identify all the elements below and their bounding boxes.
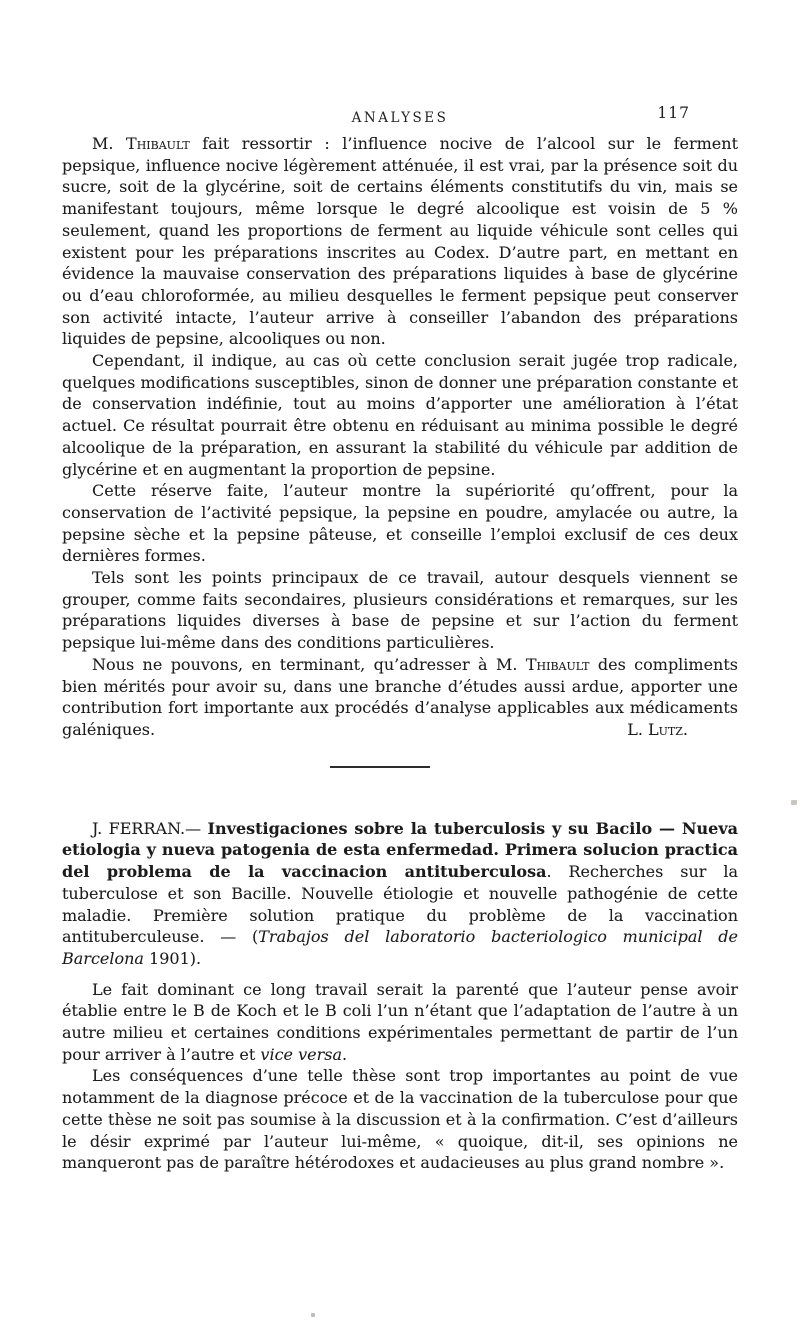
text-segment: Le fait dominant ce long travail serait … bbox=[62, 980, 738, 1064]
article-ferran: J. FERRAN.— Investigaciones sobre la tub… bbox=[62, 818, 738, 1174]
page-number: 117 bbox=[657, 104, 690, 122]
paragraph: Le fait dominant ce long travail serait … bbox=[62, 979, 738, 1066]
text-segment: Cette réserve faite, l’auteur montre la … bbox=[62, 481, 738, 565]
text-segment: Thibault bbox=[126, 134, 190, 153]
paragraph: Les conséquences d’une telle thèse sont … bbox=[62, 1065, 738, 1174]
section-separator-rule bbox=[330, 766, 430, 768]
text-segment: Thibault bbox=[526, 655, 590, 674]
paragraph: Tels sont les points principaux de ce tr… bbox=[62, 567, 738, 654]
article-heading: J. FERRAN.— Investigaciones sobre la tub… bbox=[62, 818, 738, 970]
text-segment: Les conséquences d’une telle thèse sont … bbox=[62, 1066, 738, 1172]
text-segment: Nous ne pouvons, en terminant, qu’adress… bbox=[92, 655, 526, 674]
text-segment: L. Lutz. bbox=[597, 719, 688, 741]
text-segment: vice versa bbox=[260, 1045, 342, 1064]
scan-speck bbox=[791, 800, 797, 805]
paragraph: Cependant, il indique, au cas où cette c… bbox=[62, 350, 738, 480]
paragraph: Cette réserve faite, l’auteur montre la … bbox=[62, 480, 738, 567]
scanned-journal-page: ANALYSES 117 M. Thibault fait ressortir … bbox=[0, 0, 800, 1335]
text-block: M. Thibault fait ressortir : l’influence… bbox=[62, 133, 738, 1174]
running-head: ANALYSES 117 bbox=[62, 107, 738, 126]
text-segment: 1901). bbox=[144, 949, 201, 968]
text-segment: fait ressortir : l’influence nocive de l… bbox=[62, 134, 738, 348]
text-segment: M. bbox=[92, 134, 126, 153]
running-title: ANALYSES bbox=[352, 110, 449, 126]
text-segment: . bbox=[342, 1045, 347, 1064]
article-thibault-review: M. Thibault fait ressortir : l’influence… bbox=[62, 133, 738, 741]
paragraph-with-signature: Nous ne pouvons, en terminant, qu’adress… bbox=[62, 654, 738, 741]
paragraph: M. Thibault fait ressortir : l’influence… bbox=[62, 133, 738, 350]
scan-speck bbox=[311, 1313, 315, 1317]
text-segment: J. FERRAN.— bbox=[92, 819, 208, 838]
text-segment: Tels sont les points principaux de ce tr… bbox=[62, 568, 738, 652]
text-segment: Cependant, il indique, au cas où cette c… bbox=[62, 351, 738, 479]
